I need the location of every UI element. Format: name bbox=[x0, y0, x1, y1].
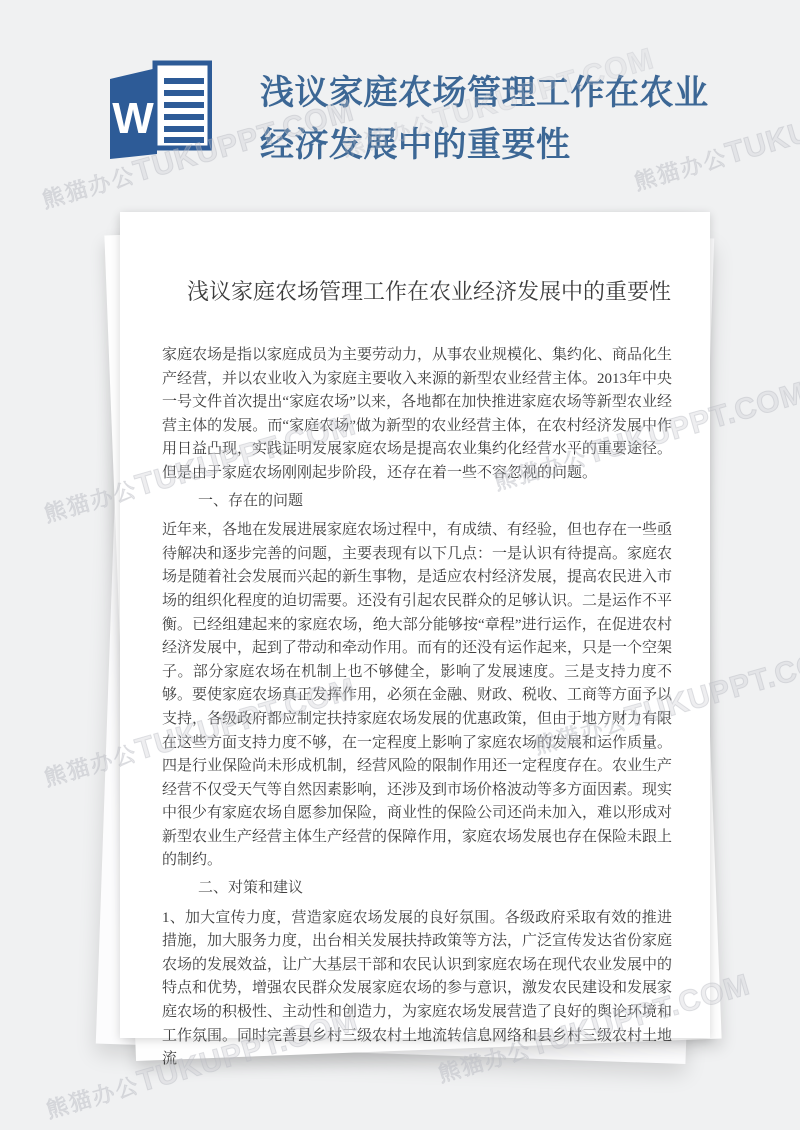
document-preview-screen: W 浅议家庭农场管理工作在农业 经济发展中的重要性 浅议家庭农场管理工作在农业经… bbox=[0, 0, 800, 1130]
document-title-line1: 浅议家庭农场管理工作在农业 bbox=[260, 68, 730, 120]
document-body: 家庭农场是指以家庭成员为主要劳动力，从事农业规模化、集约化、商品化生产经营，并以… bbox=[162, 344, 672, 1072]
page-title: 浅议家庭农场管理工作在农业经济发展中的重要性 bbox=[187, 278, 672, 306]
document-title-line2: 经济发展中的重要性 bbox=[260, 120, 730, 172]
paragraph-suggestion: 1、加大宣传力度，营造家庭农场发展的良好氛围。各级政府采取有效的推进措施，加大服… bbox=[162, 907, 672, 1072]
word-icon: W bbox=[108, 58, 212, 162]
preview-header: W 浅议家庭农场管理工作在农业 经济发展中的重要性 bbox=[0, 0, 800, 200]
heading-suggestions: 二、对策和建议 bbox=[162, 877, 672, 901]
paragraph-problems: 近年来，各地在发展进展家庭农场过程中，有成绩、有经验，但也存在一些亟待解决和逐步… bbox=[162, 519, 672, 873]
word-icon-letter: W bbox=[112, 94, 154, 143]
document-title-link[interactable]: 浅议家庭农场管理工作在农业 经济发展中的重要性 bbox=[260, 68, 730, 172]
paragraph-intro: 家庭农场是指以家庭成员为主要劳动力，从事农业规模化、集约化、商品化生产经营，并以… bbox=[162, 344, 672, 486]
document-page: 浅议家庭农场管理工作在农业经济发展中的重要性 家庭农场是指以家庭成员为主要劳动力… bbox=[120, 212, 710, 1038]
heading-problems: 一、存在的问题 bbox=[162, 490, 672, 514]
